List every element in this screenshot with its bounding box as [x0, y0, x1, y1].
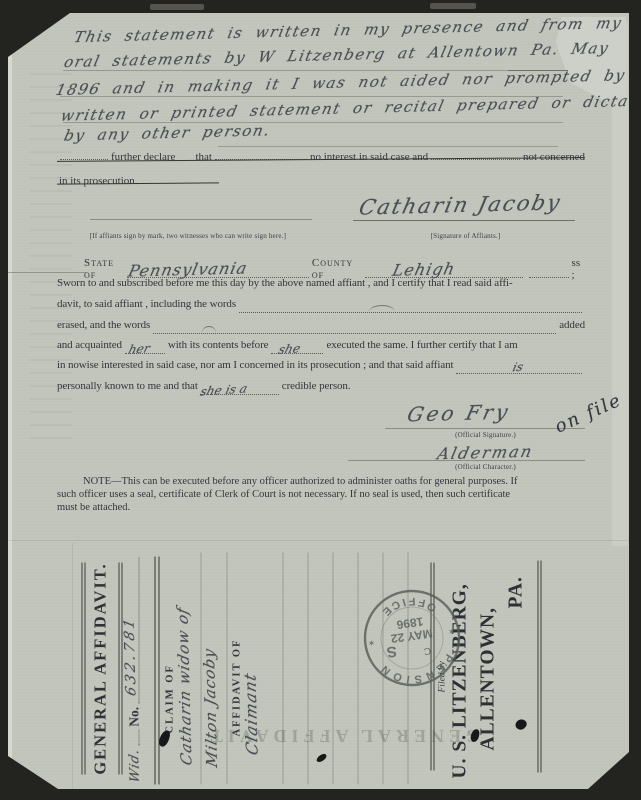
no-label: No. — [127, 707, 143, 727]
ruled-line — [218, 146, 558, 147]
filing-panel: GENERAL AFFIDAVIT. Wid. No. 632.781 CLAI… — [75, 549, 560, 789]
dotted-blank: she is a — [201, 393, 279, 395]
official-character-caption: (Official Character.) — [408, 463, 563, 471]
margin-rule — [8, 272, 86, 273]
ruled-line — [63, 70, 568, 71]
affiant-signature: Catharin Jacoby — [357, 190, 564, 219]
dotted-blank — [138, 730, 140, 746]
note-line: such officer uses a seal, certificate of… — [57, 489, 580, 500]
official-signature-line — [385, 428, 585, 429]
claimant-name-line2: Milton Jacoby — [200, 646, 221, 769]
stamp-star-left: ✶ — [447, 626, 456, 637]
pen-mark — [369, 305, 395, 312]
claim-of-label: CLAIM OF — [165, 664, 176, 733]
pen-mark — [202, 326, 216, 333]
ruled-line — [358, 553, 359, 785]
scanned-document-scene: This statement is written in my presence… — [0, 0, 641, 800]
note-line: NOTE—This can be executed before any off… — [57, 476, 580, 487]
double-rule — [82, 563, 86, 775]
witness-signature-line — [90, 219, 312, 220]
double-rule — [538, 561, 542, 773]
claim-type: Wid. — [127, 747, 143, 784]
cert-text: with its contents before — [168, 339, 269, 351]
ruled-line — [63, 122, 563, 123]
dotted-blank: her — [125, 352, 165, 354]
stamp-letter-c: C — [423, 645, 432, 657]
cert-text: davit, to said affiant , including the w… — [57, 298, 236, 310]
cert-text: and acquainted — [57, 339, 122, 351]
handwritten-word: her — [127, 341, 152, 356]
claim-number: 632.781 — [121, 615, 139, 698]
ruled-line — [227, 553, 228, 785]
cert-line-5: in nowise interested in said case, nor a… — [57, 359, 585, 377]
handwritten-word: she — [277, 341, 302, 356]
official-signature: Geo Fry — [405, 400, 513, 427]
fold-crease — [8, 540, 629, 541]
handwritten-word: is — [511, 360, 525, 375]
cert-line-6: personally known to me and that she is a… — [57, 380, 585, 398]
handwritten-phrase: she is a — [199, 381, 249, 398]
ruled-line — [308, 553, 309, 785]
torn-edge-chip — [430, 3, 476, 9]
cert-text: Sworn to and subscribed before me this d… — [57, 277, 513, 289]
stamp-star-right: ✶ — [367, 637, 376, 648]
declaration-line2: in its prosecution. — [59, 175, 219, 187]
cert-line-4: and acquainted her with its contents bef… — [57, 339, 585, 357]
cert-text: personally known to me and that — [57, 380, 198, 392]
heavy-double-rule — [155, 557, 160, 785]
filing-panel-title: GENERAL AFFIDAVIT. — [91, 549, 111, 789]
declaration-text: that — [195, 151, 212, 163]
dotted-blank — [239, 311, 582, 313]
pension-office-stamp: PENSION OFFICE ✶ ✶ C S MAY 22 1896 — [352, 578, 472, 698]
claimant-name-line1: Catharin widow of — [173, 605, 195, 767]
cert-text: executed the same. I further certify tha… — [326, 339, 517, 351]
dotted-blank — [153, 332, 556, 334]
page-edge-sliver — [8, 33, 12, 789]
cert-text: in nowise interested in said case, nor a… — [57, 359, 453, 371]
witness-caption: [If affiants sign by mark, two witnesses… — [63, 232, 313, 240]
declaration-text: in its prosecution. — [59, 175, 138, 187]
filer-state: PA. — [506, 576, 528, 608]
ruled-line — [333, 553, 334, 785]
dotted-blank: she — [271, 352, 323, 354]
affidavit-paper: This statement is written in my presence… — [8, 13, 629, 789]
bleedthrough-text: GENERAL AFFIDAVIT — [230, 725, 480, 746]
note-line: must be attached. — [57, 502, 580, 513]
cert-text: added — [559, 319, 585, 331]
claim-number-line: Wid. No. 632.781 — [127, 555, 143, 783]
filer-city: ALLENTOWN, — [478, 607, 500, 750]
ruled-line — [508, 70, 568, 71]
fold-crease-vertical — [72, 543, 73, 789]
declaration-text: no interest in said case and — [310, 151, 428, 163]
ruled-line — [60, 96, 563, 97]
official-character-line — [348, 460, 585, 461]
cert-line-1: Sworn to and subscribed before me this d… — [57, 277, 585, 295]
dotted-blank: is — [456, 372, 582, 374]
ruled-line — [283, 553, 284, 785]
signature-caption: [Signature of Affiants.] — [388, 232, 543, 240]
handwritten-note-line: by any other person. — [62, 121, 272, 144]
official-signature-caption: (Official Signature.) — [408, 431, 563, 439]
claim-number-blank: 632.781 — [138, 558, 140, 704]
torn-edge-chip — [150, 4, 204, 10]
cert-text: credible person. — [282, 380, 351, 392]
stamp-graphic: PENSION OFFICE ✶ ✶ C S MAY 22 1896 — [352, 578, 472, 698]
affiant-signature-line — [353, 220, 575, 221]
cert-text: erased, and the words — [57, 319, 150, 331]
cert-line-3: erased, and the words added — [57, 319, 585, 337]
gap — [353, 393, 513, 395]
cert-line-2: davit, to said affiant , including the w… — [57, 298, 585, 316]
